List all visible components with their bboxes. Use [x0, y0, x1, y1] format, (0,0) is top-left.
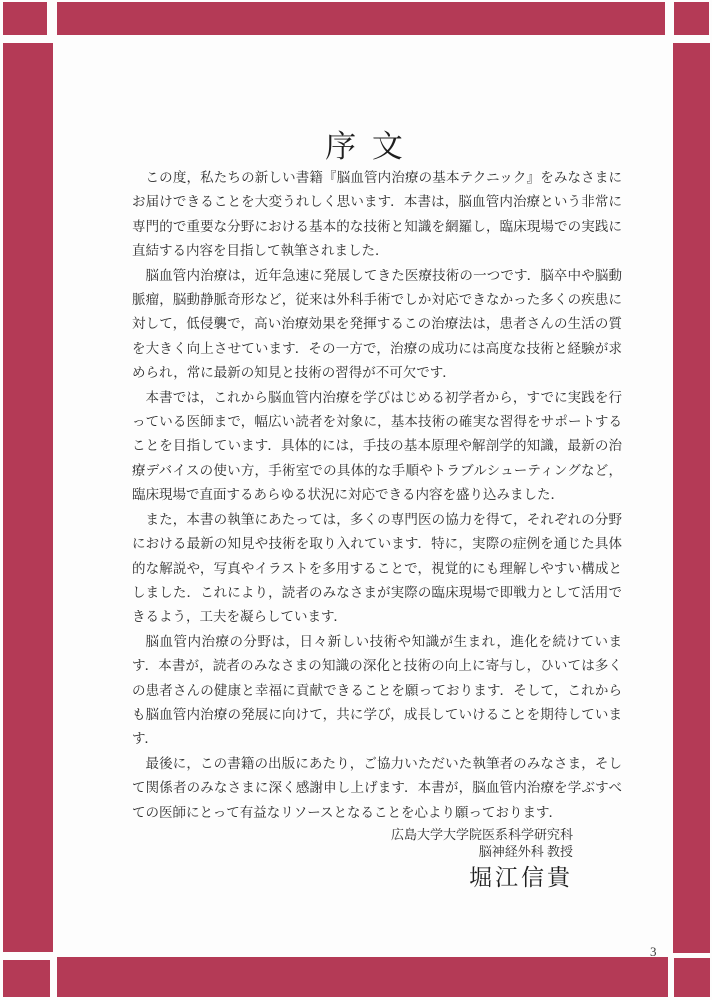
frame-corner-top-right — [674, 2, 709, 35]
author-affiliation: 広島大学大学院医系科学研究科 — [132, 826, 573, 843]
preface-page: 序 文 この度，私たちの新しい書籍『脳血管内治療の基本テクニック』をみなさまにお… — [0, 0, 712, 1000]
preface-paragraph: 本書では，これから脳血管内治療を学びはじめる初学者から，すでに実践を行っている医… — [132, 386, 622, 508]
preface-body: この度，私たちの新しい書籍『脳血管内治療の基本テクニック』をみなさまにお届けでき… — [132, 166, 622, 825]
preface-paragraph: また，本書の執筆にあたっては，多くの専門医の協力を得て，それぞれの分野における最… — [132, 508, 622, 630]
frame-corner-bottom-right — [674, 958, 710, 997]
preface-paragraph: 脳血管内治療は，近年急速に発展してきた医療技術の一つです．脳卒中や脳動脈瘤，脳動… — [132, 264, 622, 386]
author-position: 脳神経外科 教授 — [132, 843, 573, 860]
signature-block: 広島大学大学院医系科学研究科 脳神経外科 教授 堀江信貴 — [132, 826, 573, 893]
page-number: 3 — [650, 944, 657, 960]
frame-bar-top — [57, 2, 665, 35]
frame-bar-right — [673, 43, 710, 953]
frame-corner-bottom-left — [3, 960, 50, 997]
page-title: 序 文 — [132, 121, 600, 166]
preface-paragraph: この度，私たちの新しい書籍『脳血管内治療の基本テクニック』をみなさまにお届けでき… — [132, 166, 622, 264]
preface-paragraph: 脳血管内治療の分野は，日々新しい技術や知識が生まれ，進化を続けています．本書が，… — [132, 630, 622, 752]
preface-paragraph: 最後に，この書籍の出版にあたり，ご協力いただいた執筆者のみなさま，そして関係者の… — [132, 752, 622, 825]
frame-corner-top-left — [3, 2, 47, 35]
frame-bar-bottom — [57, 957, 668, 997]
frame-bar-left — [3, 43, 53, 952]
author-name: 堀江信貴 — [132, 863, 573, 893]
